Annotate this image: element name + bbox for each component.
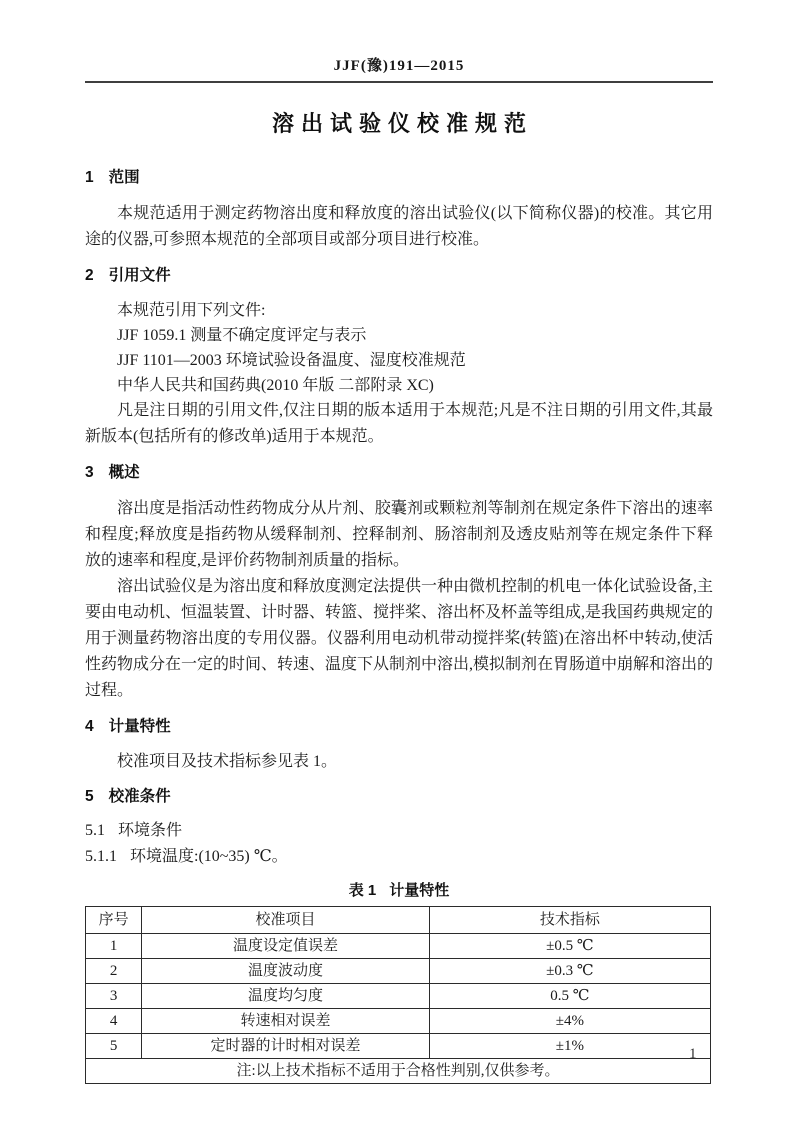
table-caption: 表 1计量特性 — [85, 880, 713, 902]
section-2-number: 2 — [85, 267, 94, 284]
metrology-table: 序号 校准项目 技术指标 1 温度设定值误差 ±0.5 ℃ 2 温度波动度 ±0… — [85, 906, 711, 1084]
table-cell-item: 温度波动度 — [142, 959, 430, 984]
running-header-code: JJF(豫)191—2015 — [85, 0, 713, 75]
table-cell-spec: ±4% — [429, 1009, 710, 1034]
col-header-spec: 技术指标 — [429, 907, 710, 934]
section-5-1-heading: 5.1环境条件 — [85, 818, 713, 844]
section-5-1-number: 5.1 — [85, 822, 105, 839]
table-cell-item: 转速相对误差 — [142, 1009, 430, 1034]
table-header-row: 序号 校准项目 技术指标 — [86, 907, 711, 934]
document-title: 溶出试验仪校准规范 — [85, 108, 713, 140]
table-cell-no: 4 — [86, 1009, 142, 1034]
section-3-title: 概述 — [109, 464, 140, 481]
section-1-title: 范围 — [109, 169, 140, 186]
section-4-heading: 4计量特性 — [85, 716, 713, 738]
col-header-item: 校准项目 — [142, 907, 430, 934]
table-note: 注:以上技术指标不适用于合格性判别,仅供参考。 — [86, 1059, 711, 1084]
section-2-heading: 2引用文件 — [85, 265, 713, 287]
references-intro: 本规范引用下列文件: — [85, 298, 713, 323]
section-5-heading: 5校准条件 — [85, 786, 713, 808]
table-row: 4 转速相对误差 ±4% — [86, 1009, 711, 1034]
section-5-title: 校准条件 — [109, 788, 171, 805]
section-3-paragraph-1: 溶出度是指活动性药物成分从片剂、胶囊剂或颗粒剂等制剂在规定条件下溶出的速率和程度… — [85, 496, 713, 574]
table-caption-label: 表 1 — [349, 882, 377, 899]
table-cell-item: 温度设定值误差 — [142, 934, 430, 959]
page-content: JJF(豫)191—2015 溶出试验仪校准规范 1范围 本规范适用于测定药物溶… — [85, 0, 713, 1084]
table-cell-item: 温度均匀度 — [142, 984, 430, 1009]
section-5-1-1-text: 环境温度:(10~35) ℃。 — [130, 848, 288, 865]
section-5-1-1-number: 5.1.1 — [85, 848, 117, 865]
col-header-index: 序号 — [86, 907, 142, 934]
table-row: 3 温度均匀度 0.5 ℃ — [86, 984, 711, 1009]
section-3-number: 3 — [85, 464, 94, 481]
section-1-paragraph: 本规范适用于测定药物溶出度和释放度的溶出试验仪(以下简称仪器)的校准。其它用途的… — [85, 201, 713, 253]
reference-item-2: JJF 1101—2003 环境试验设备温度、湿度校准规范 — [85, 348, 713, 373]
reference-item-1: JJF 1059.1 测量不确定度评定与表示 — [85, 323, 713, 348]
document-page: JJF(豫)191—2015 溶出试验仪校准规范 1范围 本规范适用于测定药物溶… — [0, 0, 793, 1122]
table-cell-item: 定时器的计时相对误差 — [142, 1034, 430, 1059]
table-cell-no: 3 — [86, 984, 142, 1009]
section-2-title: 引用文件 — [109, 267, 171, 284]
table-cell-spec: 0.5 ℃ — [429, 984, 710, 1009]
section-1-heading: 1范围 — [85, 167, 713, 189]
table-row: 1 温度设定值误差 ±0.5 ℃ — [86, 934, 711, 959]
section-2-paragraph: 凡是注日期的引用文件,仅注日期的版本适用于本规范;凡是不注日期的引用文件,其最新… — [85, 398, 713, 450]
table-row: 5 定时器的计时相对误差 ±1% — [86, 1034, 711, 1059]
table-cell-no: 2 — [86, 959, 142, 984]
section-5-number: 5 — [85, 788, 94, 805]
table-cell-no: 5 — [86, 1034, 142, 1059]
section-3-heading: 3概述 — [85, 462, 713, 484]
section-4-number: 4 — [85, 718, 94, 735]
table-cell-no: 1 — [86, 934, 142, 959]
table-caption-title: 计量特性 — [389, 882, 449, 899]
section-3-paragraph-2: 溶出试验仪是为溶出度和释放度测定法提供一种由微机控制的机电一体化试验设备,主要由… — [85, 574, 713, 704]
section-5-1-1-line: 5.1.1环境温度:(10~35) ℃。 — [85, 844, 713, 870]
section-4-title: 计量特性 — [109, 718, 171, 735]
table-row: 2 温度波动度 ±0.3 ℃ — [86, 959, 711, 984]
reference-item-3: 中华人民共和国药典(2010 年版 二部附录 XC) — [85, 373, 713, 398]
page-number: 1 — [689, 1046, 697, 1063]
section-4-paragraph: 校准项目及技术指标参见表 1。 — [85, 749, 713, 774]
table-note-row: 注:以上技术指标不适用于合格性判别,仅供参考。 — [86, 1059, 711, 1084]
section-5-1-title: 环境条件 — [118, 822, 182, 839]
table-cell-spec: ±1% — [429, 1034, 710, 1059]
section-1-number: 1 — [85, 169, 94, 186]
table-cell-spec: ±0.3 ℃ — [429, 959, 710, 984]
table-cell-spec: ±0.5 ℃ — [429, 934, 710, 959]
header-rule — [85, 81, 713, 83]
